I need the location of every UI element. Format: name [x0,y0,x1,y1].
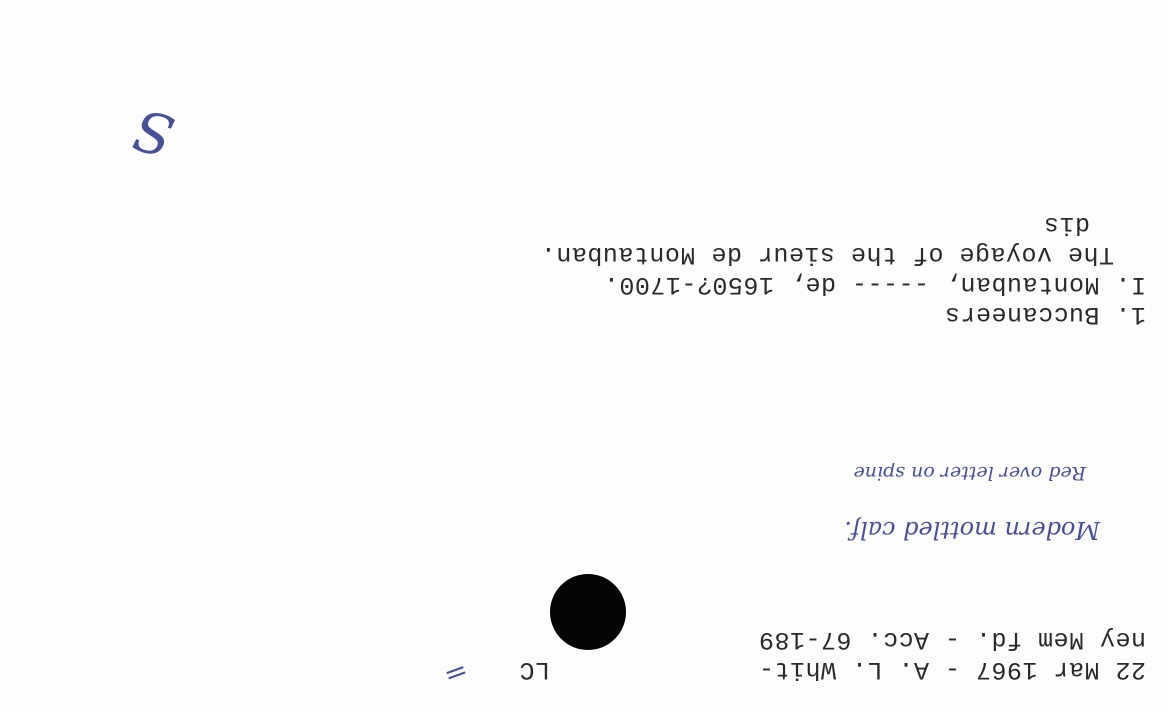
source-mark-lc: LC [519,654,550,684]
accession-line-1: 22 Mar 1967 - A. L. Whit- [758,654,1146,684]
check-mark: = [440,654,473,693]
corner-mark: S [127,95,181,168]
tracing-author: I. Montauban, ----- de, 1650?-1700. [603,269,1146,299]
handwritten-note-1: Modern mottled calf. [844,516,1100,544]
handwritten-note-2: Red over letter on spine [854,462,1086,484]
accession-line-2: ney Mem fd. - Acc. 67-189 [758,624,1146,654]
punch-hole [550,574,626,650]
tracing-title: The voyage of the sieur de Montauban. [540,239,1114,269]
tracing-note: dis [1043,209,1090,239]
tracing-subject: 1. Buccaneers [944,299,1146,329]
catalog-card: 22 Mar 1967 - A. L. Whit- ney Mem fd. - … [0,0,1168,712]
